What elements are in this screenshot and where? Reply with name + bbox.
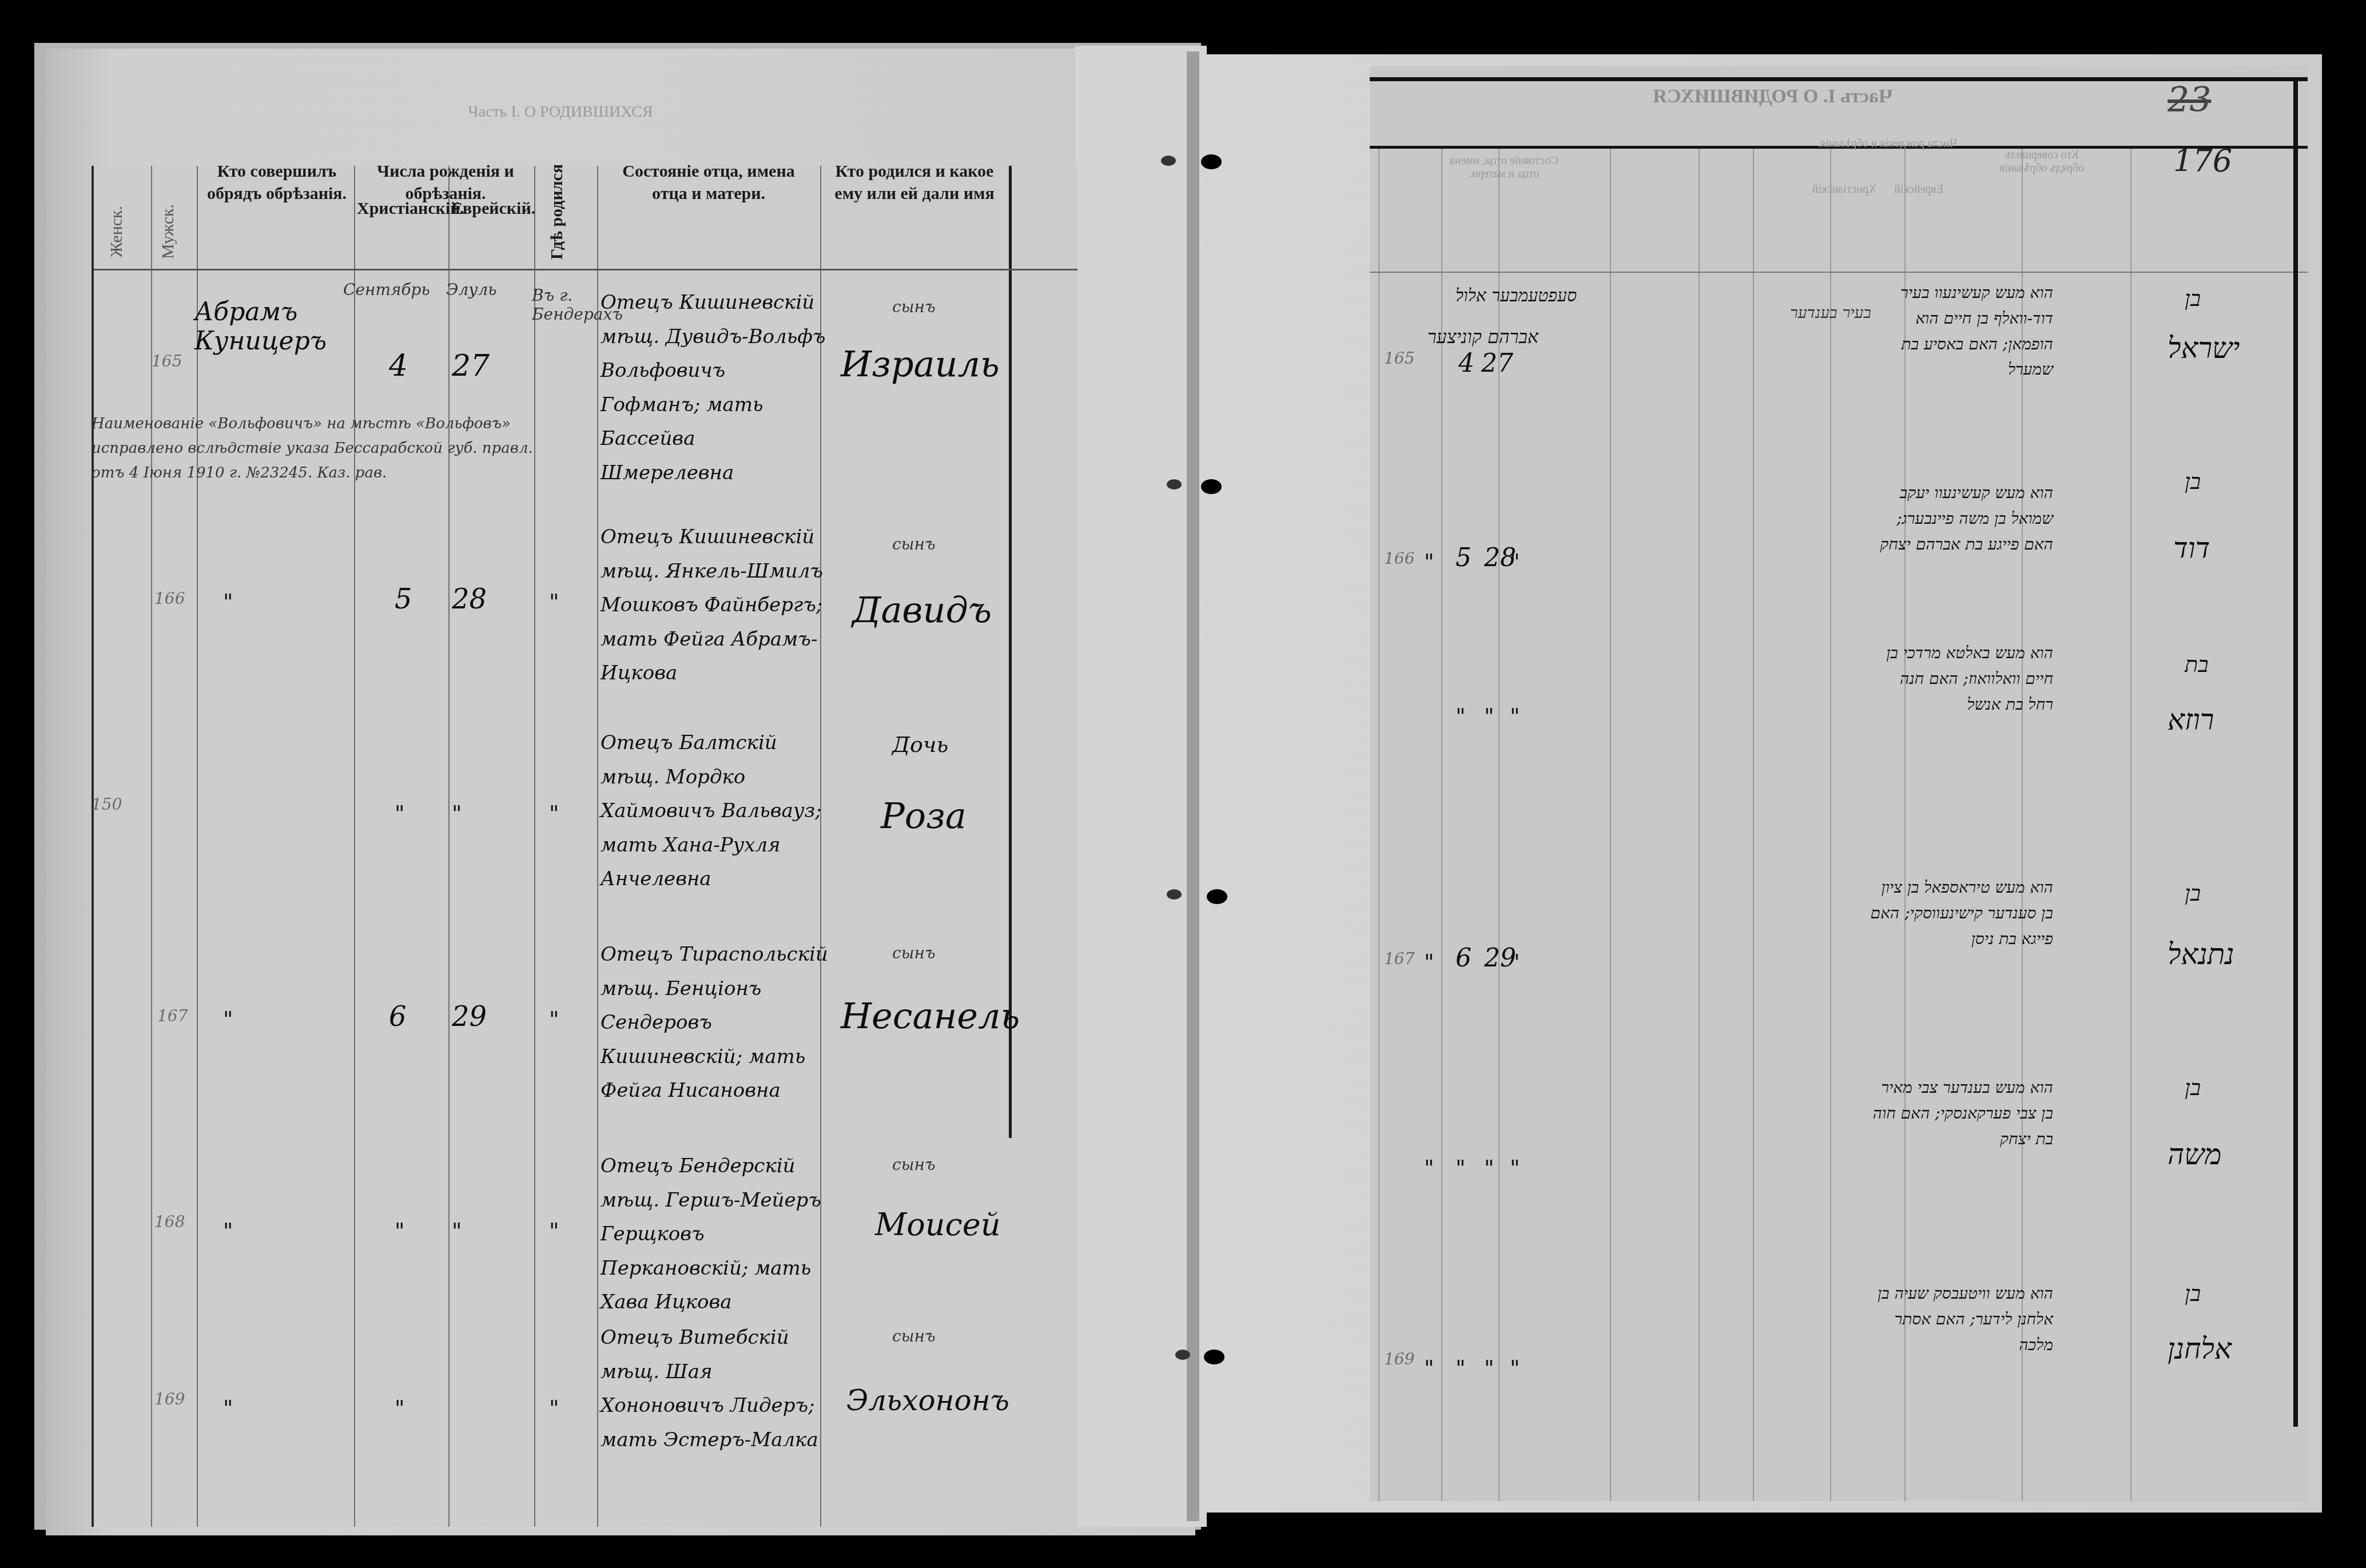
- entry-jewish-day: 27: [1481, 349, 1513, 378]
- entry-christian-day: 4: [1458, 349, 1474, 378]
- header-female: Женск.: [105, 200, 140, 263]
- entry-parents: Отецъ Бендерскій мѣщ. Гершъ-Мейеръ Герщк…: [601, 1149, 829, 1320]
- entry-number: 169: [1384, 1350, 1414, 1368]
- column-divider: [1610, 149, 1611, 1501]
- book-spine: [1187, 51, 1199, 1521]
- entry-child-gender: Дочь: [892, 732, 948, 757]
- entry-place: ": [1510, 549, 1520, 574]
- entry-parents: הוא מעש קעשינעוו בעיר דוד-וואלף בן חיים …: [1870, 280, 2053, 383]
- entry-margin-note: Наименованіе «Вольфовичъ» на мѣстѣ «Воль…: [92, 412, 538, 485]
- column-divider: [534, 166, 535, 1527]
- entry-number: 150: [92, 795, 122, 814]
- binding-hole-icon: [1207, 889, 1227, 904]
- left-faded-title: Часть I. О РОДИВШИХСЯ: [389, 103, 732, 121]
- right-header-christian: Христіанскій: [1807, 183, 1882, 196]
- entry-child-name: Давидъ: [852, 589, 992, 631]
- entry-parents: הוא מעש וויטעבסק שעיה בן אלחנן לידער; הא…: [1870, 1281, 2053, 1358]
- entry-child-gender: сынъ: [892, 535, 936, 554]
- entry-child-name: דוד: [2173, 532, 2210, 565]
- entry-number: 167: [1384, 949, 1414, 968]
- entry-child-name: Несанель: [841, 995, 1020, 1037]
- entry-parents: הוא מעש באלטא מרדכי בן חיים וואלוואוז; ה…: [1870, 640, 2053, 717]
- entry-parents: Отецъ Балтскій мѣщ. Мордко Хаймовичъ Вал…: [601, 726, 829, 897]
- entry-number: 166: [154, 589, 185, 608]
- entry-child-name: Эльхононъ: [846, 1384, 1009, 1417]
- entry-jewish-day: ": [1484, 1155, 1494, 1180]
- table-right-border: [1009, 166, 1012, 1138]
- entry-place: בעיר בענדער: [1790, 303, 1871, 323]
- entry-number: 166: [1384, 549, 1414, 568]
- binding-hole-icon: [1175, 1350, 1190, 1360]
- entry-christian-day: 5: [395, 583, 412, 615]
- entry-christian-day: ": [395, 1218, 404, 1243]
- entry-jewish-month: Элуль: [446, 280, 497, 299]
- column-divider: [1699, 149, 1700, 1501]
- entry-parents: Отецъ Кишиневскій мѣщ. Дувидъ-Вольфъ Вол…: [601, 286, 829, 490]
- entry-place: ": [1510, 1155, 1520, 1180]
- entry-child-gender: сынъ: [892, 1327, 936, 1346]
- entry-christian-day: 5: [1456, 543, 1472, 572]
- entry-jewish-day: 27: [452, 349, 490, 383]
- entry-number: 168: [154, 1212, 185, 1231]
- entry-christian-day: ": [1456, 1355, 1465, 1380]
- entry-performer: ": [223, 1395, 233, 1420]
- entry-christian-month: Сентябрь: [343, 280, 430, 299]
- entry-jewish-day: ": [452, 801, 462, 826]
- right-register-table: [1370, 66, 2308, 1501]
- header-birthplace: Гдѣ родился: [546, 160, 586, 263]
- binding-hole-icon: [1204, 1350, 1224, 1364]
- column-divider: [2130, 149, 2132, 1501]
- header-jewish: Еврейскій.: [451, 197, 534, 220]
- binding-hole-icon: [1167, 889, 1182, 900]
- top-thick-rule: [1370, 77, 2308, 81]
- header-christian: Христіанскій.: [357, 197, 448, 220]
- entry-performer: ": [1424, 949, 1434, 974]
- right-mirrored-title: Часть I. О РОДИВШИХСЯ: [1630, 86, 1916, 108]
- entry-performer: ": [1424, 549, 1434, 574]
- entry-child-gender: сынъ: [892, 297, 936, 316]
- entry-place: ": [549, 801, 559, 826]
- entry-child-name: משה: [2168, 1138, 2221, 1171]
- entry-child-name: Моисей: [875, 1207, 1001, 1243]
- page-number: 176: [2173, 143, 2232, 179]
- entry-place: ": [549, 1218, 559, 1243]
- entry-child-gender: בן: [2185, 1281, 2201, 1307]
- entry-place: ": [549, 1395, 559, 1420]
- entry-child-name: ישראל: [2168, 332, 2240, 365]
- entry-child-name: נתנאל: [2168, 938, 2234, 971]
- entry-parents: Отецъ Витебскій мѣщ. Шая Хононовичъ Лиде…: [601, 1321, 829, 1457]
- entry-place: ": [1510, 703, 1520, 729]
- page-number-crossed: 23: [2168, 80, 2211, 120]
- entry-month: סעפטעמבער אלול: [1456, 286, 1577, 306]
- header-parents: Состояніе отца, имена отца и матери.: [603, 160, 814, 205]
- entry-child-gender: בת: [2185, 652, 2209, 678]
- entry-child-gender: בן: [2185, 469, 2201, 495]
- right-header-dates: Числа рожденія и обрѣзанія.: [1802, 137, 1973, 150]
- entry-performer: אברהם קוניצער: [1401, 326, 1538, 348]
- entry-child-gender: בן: [2185, 881, 2201, 906]
- column-divider: [1830, 149, 1831, 1501]
- header-bottom-rule: [94, 269, 1077, 270]
- entry-jewish-day: ": [452, 1218, 462, 1243]
- entry-christian-day: 6: [389, 1001, 407, 1033]
- entry-parents: Отецъ Кишиневскій мѣщ. Янкель-Шмилъ Мошк…: [601, 520, 829, 691]
- entry-performer: ": [1424, 1155, 1434, 1180]
- entry-child-gender: בן: [2185, 1075, 2201, 1101]
- entry-number: 165: [1384, 349, 1414, 368]
- entry-jewish-day: 29: [452, 1001, 487, 1033]
- entry-christian-day: 4: [389, 349, 408, 383]
- binding-hole-icon: [1201, 479, 1222, 494]
- entry-child-name: רוזא: [2168, 703, 2214, 737]
- entry-parents: הוא מעש קעשינעוו יעקב שמואל בן משה פיינב…: [1870, 480, 2053, 557]
- right-header-jewish: Еврейскій: [1882, 183, 1956, 196]
- binding-hole-icon: [1161, 156, 1176, 166]
- entry-jewish-day: ": [1484, 1355, 1494, 1380]
- entry-performer: ": [223, 1006, 233, 1032]
- entry-child-gender: сынъ: [892, 1155, 936, 1174]
- column-divider: [1753, 149, 1754, 1501]
- column-divider: [354, 166, 355, 1527]
- binding-hole-icon: [1201, 154, 1222, 169]
- column-divider: [1441, 149, 1442, 1501]
- entry-christian-day: 6: [1456, 944, 1472, 973]
- entry-parents: Отецъ Тираспольскій мѣщ. Бенціонъ Сендер…: [601, 938, 829, 1108]
- entry-place: ": [1510, 1355, 1520, 1380]
- entry-place: Въ г. Бендерахъ: [532, 286, 583, 324]
- entry-christian-day: ": [395, 1395, 404, 1420]
- entry-child-name: Роза: [881, 795, 967, 837]
- entry-christian-day: ": [395, 801, 404, 826]
- entry-place: ": [549, 589, 559, 614]
- column-divider: [597, 166, 598, 1527]
- right-header-parents: Состояніе отца, имена отца и матери.: [1441, 154, 1567, 181]
- entry-number: 165: [152, 352, 182, 371]
- entry-performer: ": [1424, 1355, 1434, 1380]
- table-right-border: [2293, 77, 2298, 1427]
- entry-christian-day: ": [1456, 1155, 1465, 1180]
- entry-performer: ": [223, 589, 233, 614]
- entry-number: 167: [157, 1006, 188, 1025]
- entry-parents: הוא מעש טיראספאל בן ציון בן סענדער קישינ…: [1870, 875, 2053, 952]
- entry-number: 169: [154, 1390, 185, 1408]
- entry-jewish-day: ": [1484, 703, 1494, 729]
- header-bottom-rule: [1370, 272, 2308, 273]
- entry-child-gender: בן: [2185, 286, 2201, 312]
- entry-place: ": [1510, 949, 1520, 974]
- column-divider: [1378, 149, 1379, 1501]
- right-header-performer: Кто совершилъ обрядъ обрѣзанія: [1990, 149, 2093, 175]
- header-child: Кто родился и какое ему или ей дали имя: [826, 160, 1003, 205]
- entry-christian-day: ": [1456, 703, 1465, 729]
- entry-performer: Абрамъ Куницеръ: [194, 297, 337, 356]
- entry-child-gender: сынъ: [892, 944, 936, 962]
- entry-place: ": [549, 1006, 559, 1032]
- entry-performer: ": [223, 1218, 233, 1243]
- column-divider: [448, 166, 450, 1527]
- entry-child-name: אלחנן: [2168, 1332, 2232, 1366]
- binding-hole-icon: [1167, 479, 1182, 489]
- entry-parents: הוא מעש בענדער צבי מאיר בן צבי פערקאנסקי…: [1870, 1075, 2053, 1152]
- entry-jewish-day: 28: [452, 583, 487, 615]
- header-male: Мужск.: [157, 200, 191, 263]
- header-performer: Кто совершилъ обрядъ обрѣзанія.: [202, 160, 351, 205]
- entry-child-name: Израиль: [841, 343, 1000, 385]
- column-divider: [197, 166, 198, 1527]
